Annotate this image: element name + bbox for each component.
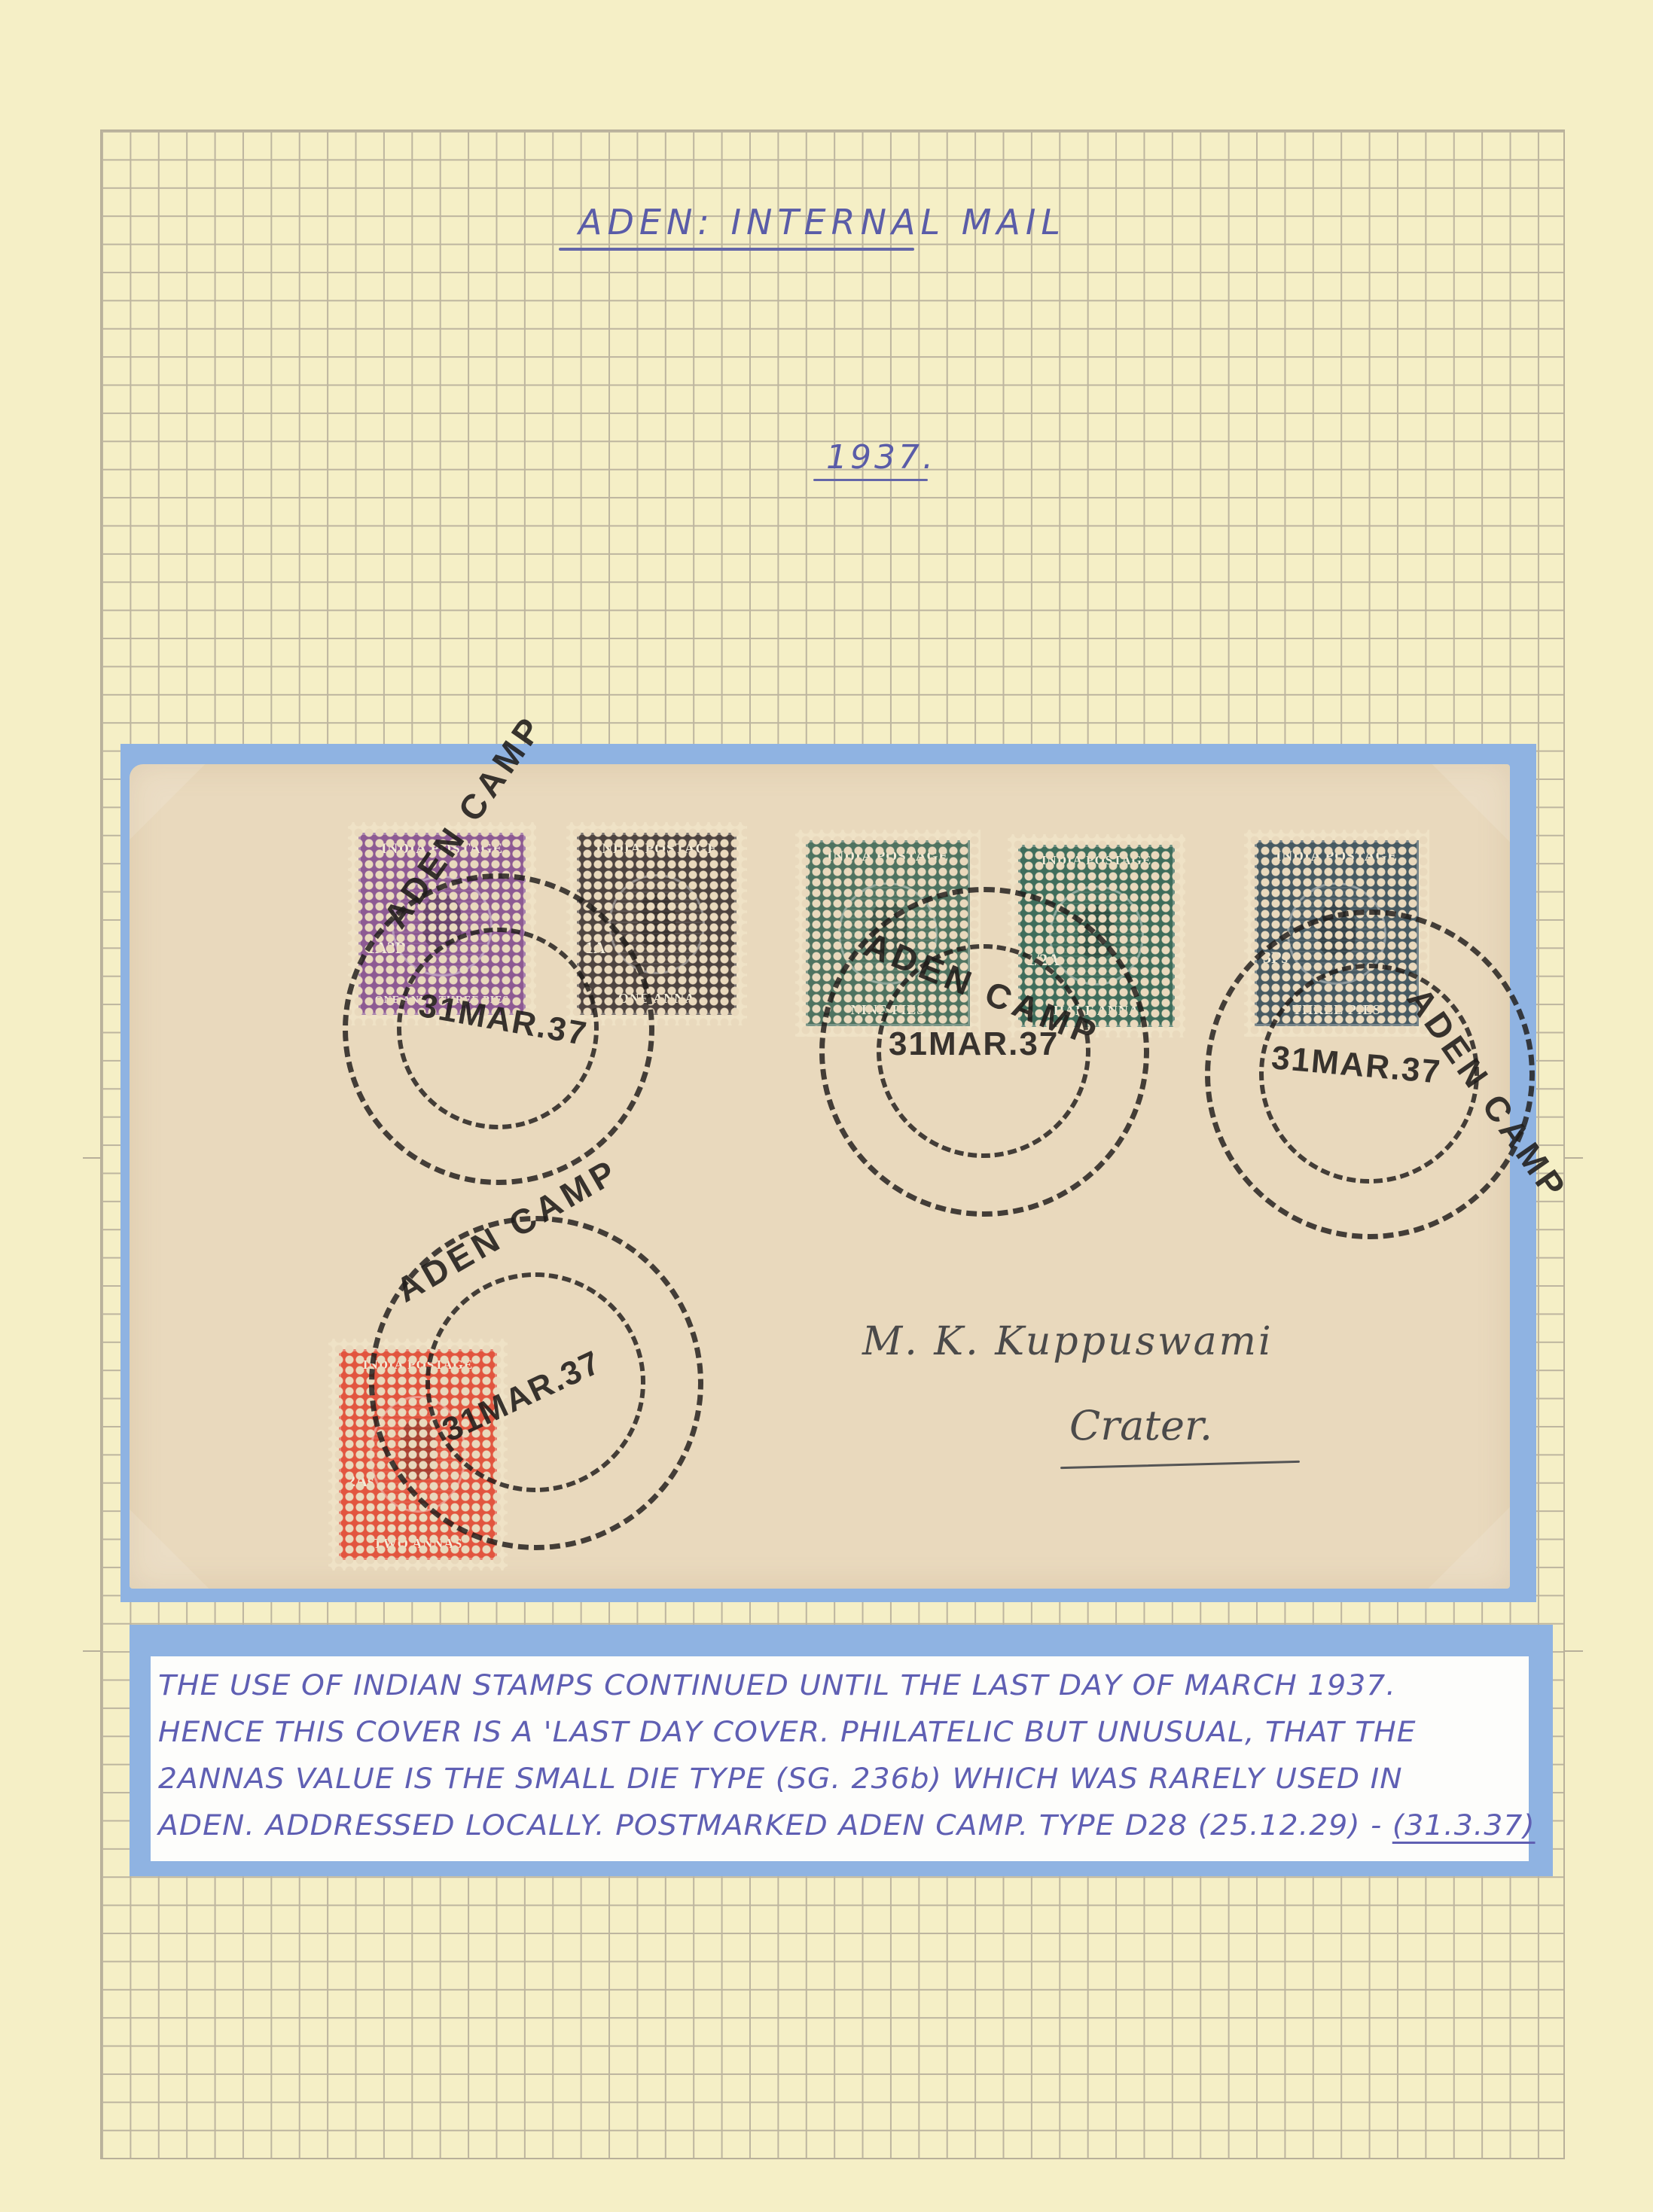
stamp-header: INDIA POSTAGE: [596, 841, 718, 858]
address-name: M. K. Kuppuswami: [862, 1319, 1273, 1364]
title-underline: [559, 248, 914, 251]
stamp-header: INDIA POSTAGE: [827, 849, 949, 865]
grid-margin-tick: [1565, 1650, 1583, 1652]
corner-fold: [130, 1457, 258, 1589]
note-line-text: ADEN. ADDRESSED LOCALLY. POSTMARKED ADEN…: [158, 1809, 1392, 1842]
note-last-date: (31.3.37): [1392, 1809, 1536, 1844]
page-title: ADEN: INTERNAL MAIL: [578, 202, 1066, 242]
corner-fold: [130, 764, 258, 892]
stamp-header: INDIA POSTAGE: [1276, 849, 1398, 865]
stamp-header: INDIA POSTAGE: [1042, 853, 1151, 868]
description-label: THE USE OF INDIAN STAMPS CONTINUED UNTIL…: [151, 1656, 1529, 1861]
stamp-value: 2As: [347, 1471, 374, 1491]
address-place: Crater.: [1069, 1402, 1212, 1449]
note-line: THE USE OF INDIAN STAMPS CONTINUED UNTIL…: [158, 1662, 1536, 1709]
note-line: HENCE THIS COVER IS A 'LAST DAY COVER. P…: [158, 1709, 1536, 1756]
note-line: ADEN. ADDRESSED LOCALLY. POSTMARKED ADEN…: [158, 1802, 1536, 1849]
grid-margin-tick: [1565, 1157, 1583, 1159]
year-heading: 1937.: [826, 438, 936, 477]
stamp-denomination-text: TWO ANNAS: [374, 1536, 463, 1552]
year-underline: [813, 479, 928, 481]
corner-fold: [1380, 1457, 1510, 1589]
note-line: 2ANNAS VALUE IS THE SMALL DIE TYPE (SG. …: [158, 1756, 1536, 1802]
grid-margin-tick: [83, 1157, 101, 1159]
grid-margin-tick: [83, 1650, 101, 1652]
